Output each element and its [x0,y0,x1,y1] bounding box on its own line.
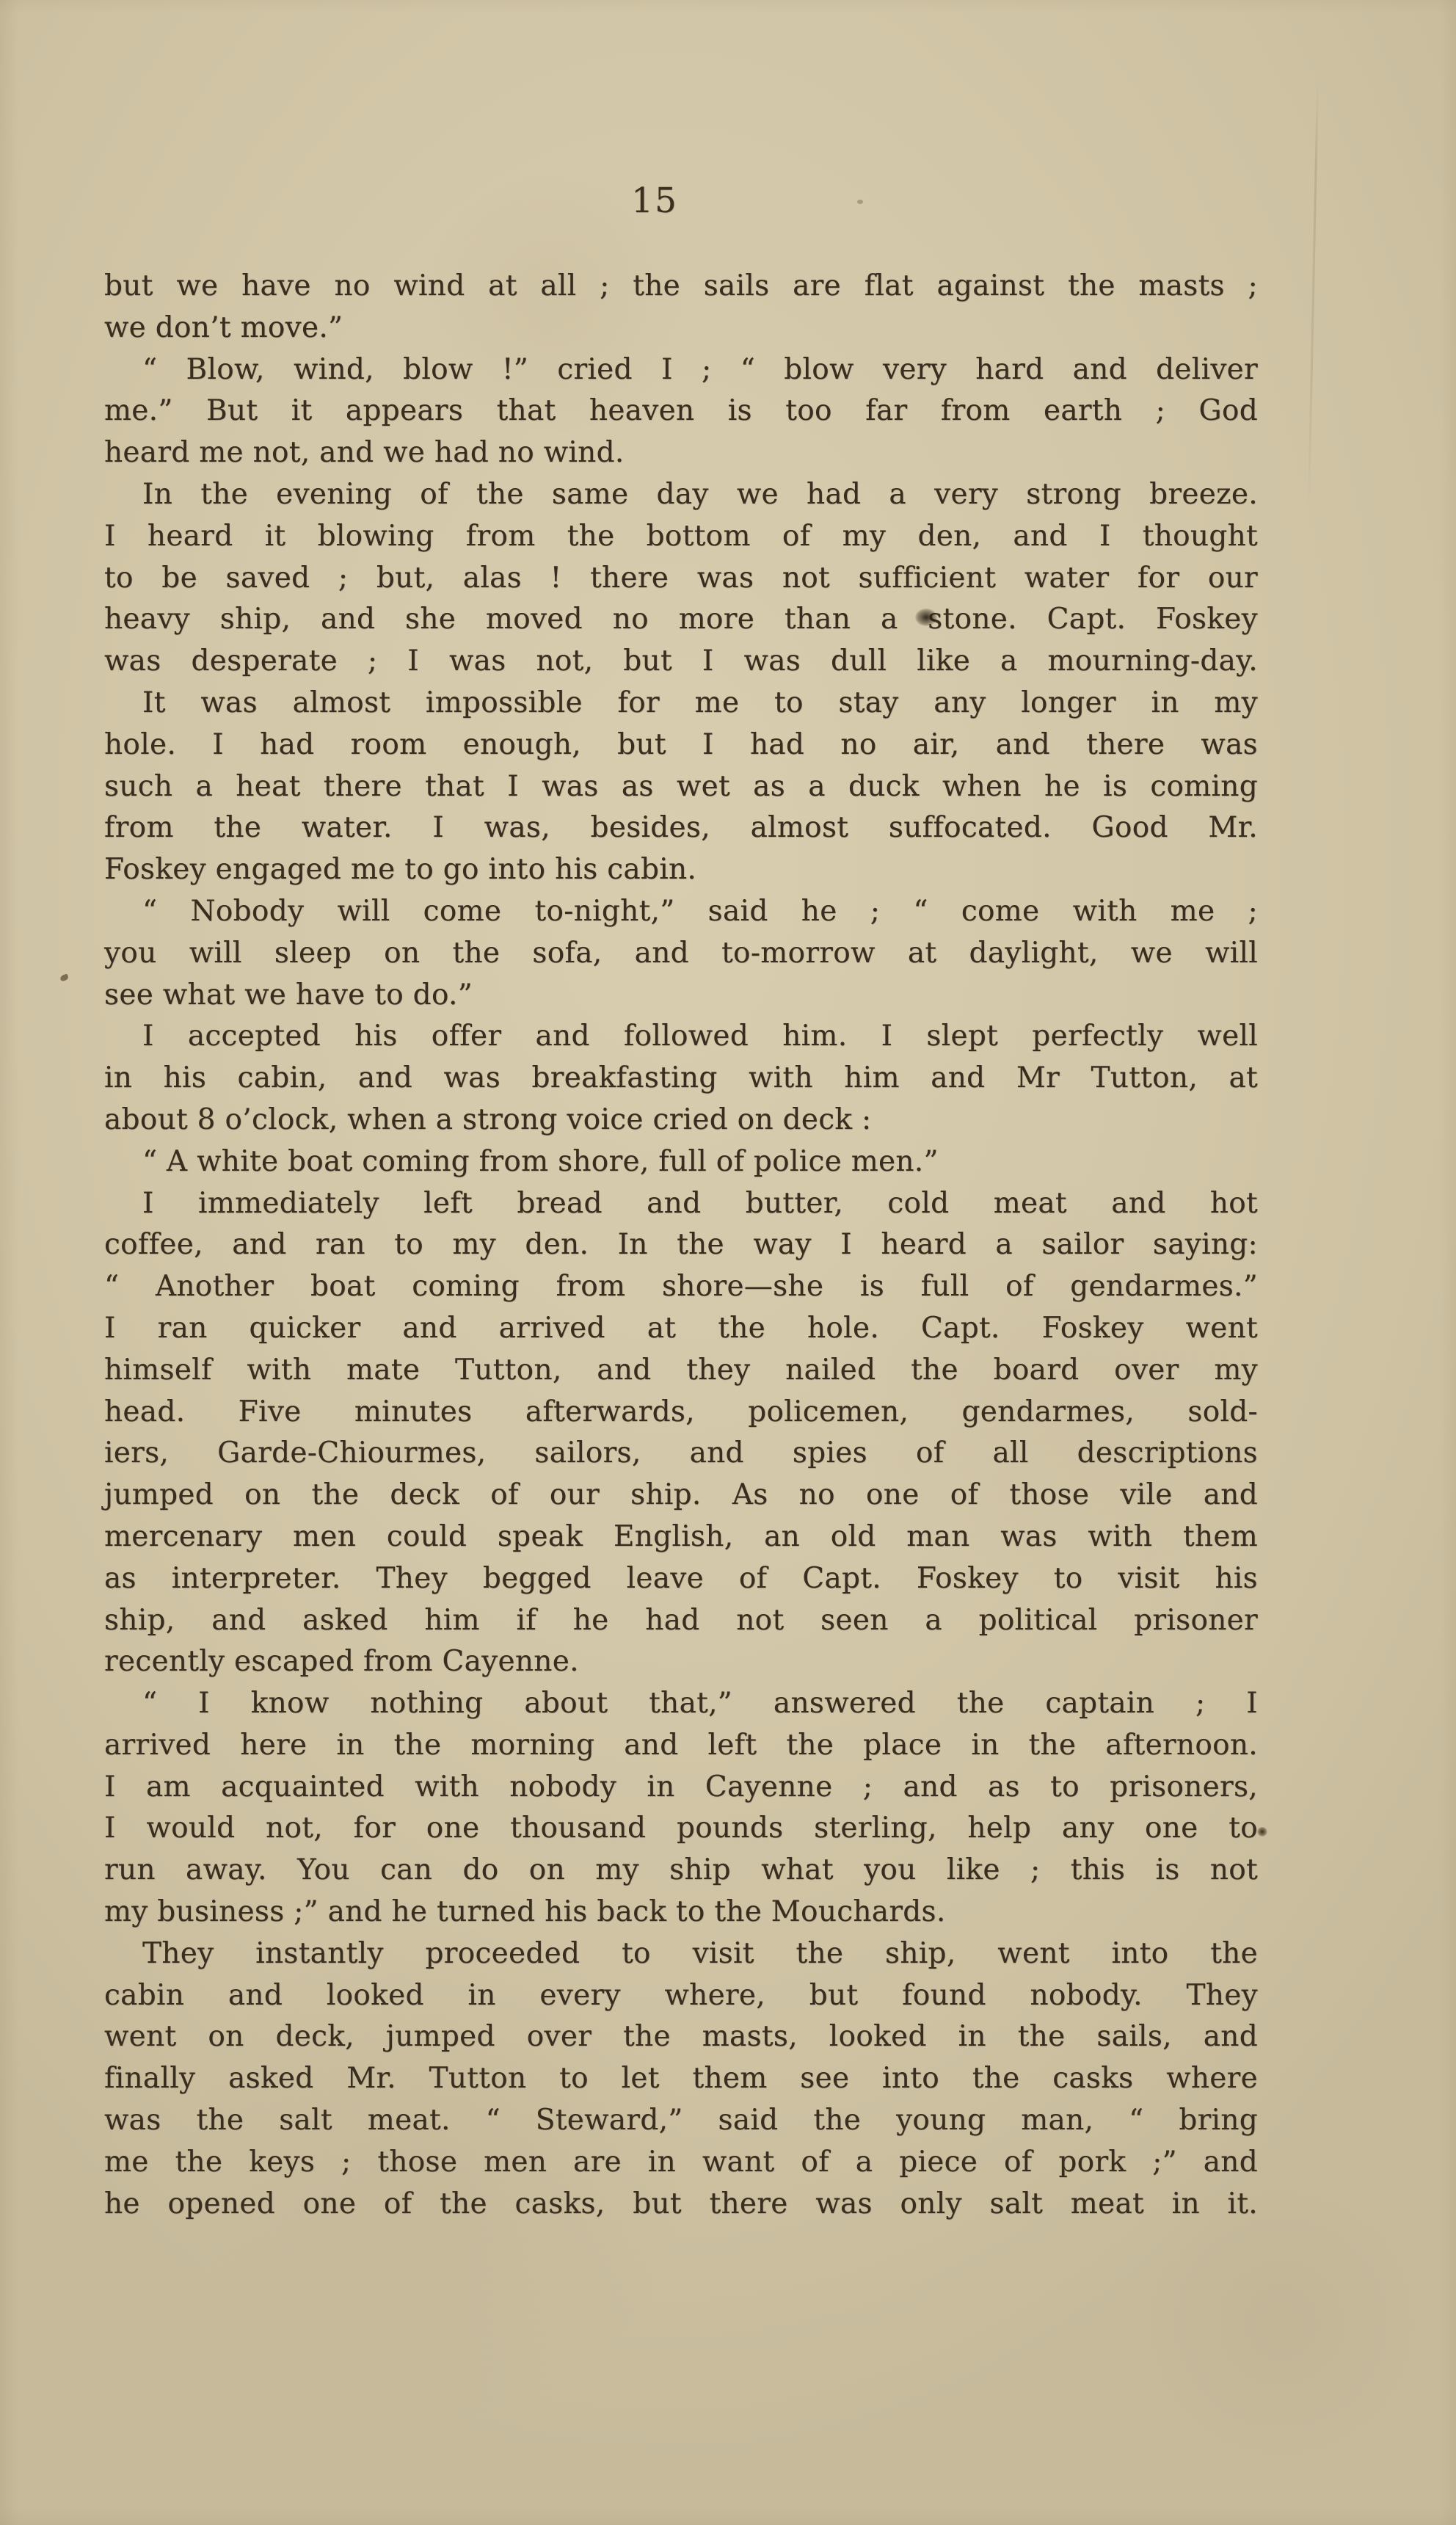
text-line: Foskey engaged me to go into his cabin. [104,849,1258,891]
text-line: was desperate ; I was not, but I was dul… [104,641,1258,683]
text-line: “ A white boat coming from shore, full o… [104,1141,1258,1183]
top-faint-speck [857,200,863,204]
text-line: I am acquainted with nobody in Cayenne ;… [104,1767,1258,1809]
text-line: cabin and looked in every where, but fou… [104,1975,1258,2017]
right-margin-dot [1257,1827,1267,1836]
text-line: I immediately left bread and butter, col… [104,1183,1258,1225]
text-line: was the salt meat. “ Steward,” said the … [104,2100,1258,2142]
text-line: mercenary men could speak English, an ol… [104,1516,1258,1558]
text-line: me the keys ; those men are in want of a… [104,2142,1258,2184]
ink-blot [915,608,937,626]
paper-crease [1308,81,1319,506]
text-line: my business ;” and he turned his back to… [104,1892,1258,1933]
text-line: “ I know nothing about that,” answered t… [104,1683,1258,1725]
text-line: we don’t move.” [104,308,1258,349]
text-line: jumped on the deck of our ship. As no on… [104,1475,1258,1516]
text-line: It was almost impossible for me to stay … [104,683,1258,724]
book-page: 15 but we have no wind at all ; the sail… [0,0,1456,2525]
text-line: such a heat there that I was as wet as a… [104,766,1258,808]
text-line: to be saved ; but, alas ! there was not … [104,558,1258,600]
text-line: I accepted his offer and followed him. I… [104,1016,1258,1058]
text-line: “ Blow, wind, blow !” cried I ; “ blow v… [104,349,1258,391]
text-line: but we have no wind at all ; the sails a… [104,266,1258,308]
text-line: arrived here in the morning and left the… [104,1725,1258,1767]
text-line: recently escaped from Cayenne. [104,1641,1258,1683]
text-line: I heard it blowing from the bottom of my… [104,516,1258,558]
text-line: see what we have to do.” [104,975,1258,1017]
text-line: head. Five minutes afterwards, policemen… [104,1392,1258,1434]
text-line: “ Another boat coming from shore—she is … [104,1266,1258,1308]
left-margin-speck [59,973,69,981]
page-text: but we have no wind at all ; the sails a… [104,266,1258,2225]
text-line: you will sleep on the sofa, and to-morro… [104,933,1258,975]
text-line: as interpreter. They begged leave of Cap… [104,1558,1258,1600]
text-line: in his cabin, and was breakfasting with … [104,1058,1258,1100]
text-line: In the evening of the same day we had a … [104,474,1258,516]
text-line: me.” But it appears that heaven is too f… [104,390,1258,432]
text-line: ship, and asked him if he had not seen a… [104,1600,1258,1642]
text-line: They instantly proceeded to visit the sh… [104,1933,1258,1975]
text-line: hole. I had room enough, but I had no ai… [104,724,1258,766]
text-line: about 8 o’clock, when a strong voice cri… [104,1100,1258,1141]
text-line: heavy ship, and she moved no more than a… [104,599,1258,641]
text-line: himself with mate Tutton, and they naile… [104,1350,1258,1392]
text-line: coffee, and ran to my den. In the way I … [104,1224,1258,1266]
text-line: finally asked Mr. Tutton to let them see… [104,2058,1258,2100]
text-line: run away. You can do on my ship what you… [104,1850,1258,1892]
text-line: from the water. I was, besides, almost s… [104,807,1258,849]
page-number: 15 [631,184,678,218]
text-line: I ran quicker and arrived at the hole. C… [104,1308,1258,1350]
text-line: went on deck, jumped over the masts, loo… [104,2016,1258,2058]
text-line: I would not, for one thousand pounds ste… [104,1808,1258,1850]
text-line: he opened one of the casks, but there wa… [104,2184,1258,2226]
text-line: “ Nobody will come to-night,” said he ; … [104,891,1258,933]
text-line: iers, Garde-Chiourmes, sailors, and spie… [104,1433,1258,1475]
text-line: heard me not, and we had no wind. [104,432,1258,474]
